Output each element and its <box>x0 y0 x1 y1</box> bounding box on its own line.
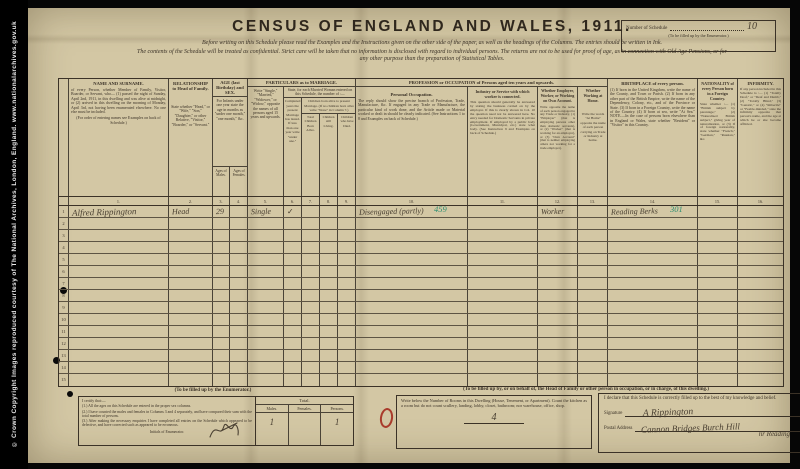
table-cell <box>230 242 248 253</box>
table-cell <box>213 266 230 277</box>
table-cell <box>468 350 538 361</box>
table-row: 3 <box>59 230 783 242</box>
row-number-cell: 10 <box>59 314 69 325</box>
table-cell <box>538 326 578 337</box>
table-cell <box>320 326 338 337</box>
col-body: This question should generally be answer… <box>470 101 535 136</box>
table-cell <box>284 350 302 361</box>
table-cell <box>302 254 320 265</box>
table-cell <box>169 314 213 325</box>
table-cell <box>213 314 230 325</box>
table-cell <box>578 362 608 373</box>
table-row: 10 <box>59 314 783 326</box>
col-header-employment-status: Whether Employer, Worker, or Working on … <box>538 87 578 196</box>
table-cell <box>608 350 698 361</box>
table-cell <box>608 338 698 349</box>
table-cell <box>468 206 538 217</box>
table-cell <box>69 254 169 265</box>
table-row: 14 <box>59 362 783 374</box>
table-cell <box>468 242 538 253</box>
entry-occupation: Disengaged (partly) <box>359 205 424 219</box>
table-cell <box>213 230 230 241</box>
table-cell <box>698 362 738 373</box>
table-cell <box>538 266 578 277</box>
instructions-line-1: Before writing on this Schedule please r… <box>74 40 790 47</box>
cert-item-2: (2.) I have counted the males and female… <box>82 410 252 419</box>
row-number-cell: 13 <box>59 350 69 361</box>
table-cell <box>608 266 698 277</box>
table-cell <box>69 338 169 349</box>
table-cell <box>320 338 338 349</box>
table-cell: Head <box>169 206 213 217</box>
col-note: (For order of entering names see Example… <box>71 116 166 125</box>
table-cell <box>578 350 608 361</box>
table-cell <box>230 230 248 241</box>
col-body: If any person included in this Schedule … <box>740 88 781 127</box>
red-zero-mark <box>379 407 395 429</box>
row-number-cell: 6 <box>59 266 69 277</box>
table-cell <box>69 230 169 241</box>
totals-males-value: 1 <box>256 413 289 445</box>
table-cell <box>338 278 356 289</box>
table-cell <box>356 278 468 289</box>
col-title: AGE (last Birthday) and SEX. <box>213 79 247 97</box>
table-cell <box>698 266 738 277</box>
table-cell <box>738 338 783 349</box>
column-number: 9. <box>338 197 356 205</box>
copyright-strip: © Crown Copyright Images reproduced cour… <box>0 0 28 469</box>
table-cell <box>356 218 468 229</box>
table-cell <box>338 374 356 386</box>
col-body: The reply should show the precise branch… <box>358 99 465 121</box>
table-cell <box>738 374 783 386</box>
entry-marital-status: Single <box>251 206 271 219</box>
children-note: Children born alive to present Marriage.… <box>302 98 356 114</box>
table-cell <box>213 242 230 253</box>
table-cell <box>578 278 608 289</box>
table-cell <box>213 302 230 313</box>
table-cell <box>738 350 783 361</box>
table-cell <box>320 230 338 241</box>
table-body: 1Alfred RippingtonHead29Single✓Disengage… <box>59 206 783 386</box>
table-row: 8 <box>59 290 783 302</box>
column-number: 6. <box>284 197 302 205</box>
table-cell <box>284 230 302 241</box>
table-cell <box>578 290 608 301</box>
table-cell <box>578 254 608 265</box>
row-number-cell: 11 <box>59 326 69 337</box>
enumerator-box: I certify that:— (1.) All the ages on th… <box>78 396 354 446</box>
rooms-value: 4 <box>464 413 524 424</box>
rooms-box: Write below the Number of Rooms in this … <box>396 395 592 449</box>
signature-value: A Rippington <box>643 410 693 417</box>
table-cell <box>169 374 213 386</box>
table-cell <box>698 218 738 229</box>
table-cell <box>284 218 302 229</box>
table-cell <box>698 254 738 265</box>
table-cell <box>468 266 538 277</box>
table-cell <box>213 254 230 265</box>
table-cell <box>69 374 169 386</box>
table-cell <box>320 374 338 386</box>
col-header-age-group: AGE (last Birthday) and SEX. For Infants… <box>213 79 248 196</box>
col-header-nationality: NATIONALITY of every Person born in a Fo… <box>698 79 738 196</box>
row-number-header <box>59 79 69 196</box>
row-number-cell: 7 <box>59 278 69 289</box>
table-cell <box>608 218 698 229</box>
table-cell <box>698 290 738 301</box>
table-cell <box>538 278 578 289</box>
col-title: NATIONALITY of every Person born in a Fo… <box>700 81 735 101</box>
table-cell <box>69 218 169 229</box>
table-cell <box>284 254 302 265</box>
table-cell <box>230 218 248 229</box>
table-cell <box>169 338 213 349</box>
table-cell <box>284 278 302 289</box>
table-cell <box>338 302 356 313</box>
table-cell <box>608 230 698 241</box>
table-cell <box>338 218 356 229</box>
table-cell: Single <box>248 206 284 217</box>
row-number-cell: 9 <box>59 302 69 313</box>
table-cell <box>538 302 578 313</box>
table-cell <box>320 242 338 253</box>
table-cell <box>230 338 248 349</box>
table-cell <box>169 350 213 361</box>
table-cell <box>169 290 213 301</box>
table-cell <box>338 290 356 301</box>
col-body: (1) If born in the United Kingdom, write… <box>610 88 695 128</box>
table-cell <box>608 314 698 325</box>
table-cell <box>356 374 468 386</box>
table-cell <box>69 242 169 253</box>
table-cell <box>284 374 302 386</box>
table-cell <box>230 206 248 217</box>
entry-birthplace: Reading Berks <box>611 205 658 218</box>
table-cell <box>468 290 538 301</box>
table-cell <box>356 266 468 277</box>
address-line: Cannon Bridges Burch Hill <box>635 421 800 432</box>
column-number: 8. <box>320 197 338 205</box>
column-number: 3. <box>213 197 230 205</box>
table-cell: Worker <box>538 206 578 217</box>
declaration-text: I declare that this Schedule is correctl… <box>604 396 800 402</box>
table-cell <box>738 242 783 253</box>
table-cell <box>302 350 320 361</box>
form-header: CENSUS OF ENGLAND AND WALES, 1911. Befor… <box>28 18 790 63</box>
row-number-cell: 1 <box>59 206 69 217</box>
table-cell <box>608 242 698 253</box>
table-row: 2 <box>59 218 783 230</box>
table-cell <box>284 338 302 349</box>
col-body: Write the words "At Home" opposite the n… <box>580 112 606 143</box>
entry-employment-status: Worker <box>541 206 565 219</box>
table-cell <box>213 326 230 337</box>
table-cell <box>230 350 248 361</box>
table-cell <box>69 290 169 301</box>
col-header-name: NAME AND SURNAME. of every Person, wheth… <box>69 79 169 196</box>
table-cell <box>578 218 608 229</box>
table-cell <box>608 362 698 373</box>
row-number-cell: 4 <box>59 242 69 253</box>
table-cell <box>248 290 284 301</box>
signature-row: Signature A Rippington <box>604 406 800 417</box>
table-cell <box>302 302 320 313</box>
table-cell <box>284 314 302 325</box>
rooms-instruction: Write below the Number of Rooms in this … <box>401 399 587 409</box>
table-cell <box>302 266 320 277</box>
table-cell <box>538 314 578 325</box>
table-cell <box>538 350 578 361</box>
table-cell <box>608 254 698 265</box>
entry-age: 29 <box>216 206 224 218</box>
table-cell <box>284 326 302 337</box>
table-cell <box>538 362 578 373</box>
table-cell <box>320 302 338 313</box>
table-cell <box>338 242 356 253</box>
table-cell <box>248 326 284 337</box>
totals-females-label: Females. <box>289 405 322 413</box>
bottom-section: (To be filled up by the Enumerator.) I c… <box>58 388 784 460</box>
table-cell <box>213 362 230 373</box>
table-cell <box>698 326 738 337</box>
table-row: 4 <box>59 242 783 254</box>
table-cell <box>338 350 356 361</box>
address-label: Postal Address <box>604 426 632 432</box>
table-cell <box>248 350 284 361</box>
table-cell <box>578 314 608 325</box>
table-cell <box>468 362 538 373</box>
table-cell <box>538 218 578 229</box>
col-header-age-males: Ages of Males. <box>213 167 230 196</box>
table-cell <box>338 326 356 337</box>
table-cell <box>608 290 698 301</box>
entry-name: Alfred Rippington <box>72 205 137 219</box>
table-cell <box>69 278 169 289</box>
column-number: 2. <box>169 197 213 205</box>
table-cell <box>738 266 783 277</box>
column-number-blank <box>59 197 69 205</box>
table-cell <box>169 242 213 253</box>
col-header-children-born: Total Children Born Alive. <box>302 114 320 196</box>
table-cell: Reading Berks301 <box>608 206 698 217</box>
table-cell <box>169 278 213 289</box>
table-cell <box>356 290 468 301</box>
table-cell <box>302 290 320 301</box>
column-number: 13. <box>578 197 608 205</box>
table-cell <box>169 302 213 313</box>
table-cell <box>248 314 284 325</box>
table-cell <box>738 326 783 337</box>
table-cell <box>698 206 738 217</box>
declaration-box: I declare that this Schedule is correctl… <box>598 393 800 453</box>
table-cell <box>320 206 338 217</box>
table-cell <box>230 374 248 386</box>
table-cell <box>230 326 248 337</box>
table-cell <box>578 242 608 253</box>
col-title: NAME AND SURNAME. <box>71 81 166 86</box>
row-number-cell: 15 <box>59 374 69 386</box>
column-number: 1. <box>69 197 169 205</box>
married-women-note: State, for each Married Woman entered on… <box>284 87 356 98</box>
table-row: 5 <box>59 254 783 266</box>
table-cell <box>468 218 538 229</box>
table-cell <box>338 206 356 217</box>
col-title: PARTICULARS as to MARRIAGE. <box>248 79 355 87</box>
col-header-relationship: RELATIONSHIP to Head of Family. State wh… <box>169 79 213 196</box>
table-cell <box>738 314 783 325</box>
table-cell <box>213 278 230 289</box>
table-cell <box>468 230 538 241</box>
table-cell <box>698 350 738 361</box>
totals-persons-label: Persons. <box>321 405 353 413</box>
table-cell <box>468 314 538 325</box>
table-cell <box>468 302 538 313</box>
row-number-cell: 5 <box>59 254 69 265</box>
table-cell <box>356 242 468 253</box>
table-cell <box>698 314 738 325</box>
table-cell <box>608 326 698 337</box>
col-header-marital: Write "Single," "Married," "Widower," or… <box>248 87 284 196</box>
children-group: Children born alive to present Marriage.… <box>302 98 356 196</box>
table-cell <box>302 218 320 229</box>
col-header-industry: Industry or Service with which worker is… <box>468 87 538 196</box>
table-cell <box>738 206 783 217</box>
table-cell <box>230 314 248 325</box>
col-title: BIRTHPLACE of every person. <box>610 81 695 86</box>
table-cell <box>284 290 302 301</box>
col-title: Industry or Service with which worker is… <box>470 89 535 99</box>
table-cell <box>538 254 578 265</box>
table-row: 13 <box>59 350 783 362</box>
col-header-age-females: Ages of Females. <box>230 167 248 196</box>
table-cell <box>302 326 320 337</box>
col-title: Personal Occupation. <box>358 92 465 97</box>
table-cell <box>738 254 783 265</box>
col-header-children-living: Children still Living. <box>320 114 338 196</box>
table-cell <box>578 374 608 386</box>
table-cell <box>230 254 248 265</box>
table-cell <box>248 266 284 277</box>
table-row: 11 <box>59 326 783 338</box>
table-cell <box>338 266 356 277</box>
table-cell <box>248 338 284 349</box>
cert-item-1: (1.) All the ages on this Schedule are e… <box>82 404 252 408</box>
householder-heading: (To be filled up by, or on behalf of, th… <box>358 387 800 392</box>
table-cell <box>578 266 608 277</box>
col-header-birthplace: BIRTHPLACE of every person. (1) If born … <box>608 79 698 196</box>
cert-intro: I certify that:— <box>82 399 252 403</box>
table-cell <box>213 290 230 301</box>
col-body: State whether "Head," or "Wife," "Son," … <box>171 105 210 127</box>
table-cell <box>338 314 356 325</box>
table-cell <box>230 302 248 313</box>
table-cell <box>356 326 468 337</box>
table-cell <box>302 278 320 289</box>
table-cell <box>248 218 284 229</box>
table-cell <box>169 218 213 229</box>
column-number: 4. <box>230 197 248 205</box>
table-cell <box>302 206 320 217</box>
table-cell <box>698 302 738 313</box>
col-title: Whether Employer, Worker, or Working on … <box>540 89 575 104</box>
totals-females-value <box>289 413 322 445</box>
enumerator-heading: (To be filled up by the Enumerator.) <box>78 388 348 393</box>
table-cell <box>169 254 213 265</box>
table-cell <box>356 302 468 313</box>
table-cell <box>538 374 578 386</box>
table-cell <box>248 302 284 313</box>
col-header-infirmity: INFIRMITY. If any person included in thi… <box>738 79 783 196</box>
table-cell <box>320 350 338 361</box>
column-number: 12. <box>538 197 578 205</box>
col-body: For Infants under one year state the age… <box>213 97 247 166</box>
table-cell <box>608 278 698 289</box>
table-cell <box>698 278 738 289</box>
table-cell <box>169 326 213 337</box>
signature-label: Signature <box>604 411 622 417</box>
table-cell <box>538 290 578 301</box>
totals-persons-value: 1 <box>321 413 353 445</box>
age-sublabels: Ages of Males. Ages of Females. <box>213 166 247 196</box>
table-cell <box>698 230 738 241</box>
table-cell <box>169 266 213 277</box>
table-row: 12 <box>59 338 783 350</box>
form-title: CENSUS OF ENGLAND AND WALES, 1911. <box>74 18 790 36</box>
table-cell <box>320 314 338 325</box>
column-number: 5. <box>248 197 284 205</box>
col-title: Whether Working at Home. <box>580 89 606 104</box>
table-row: 15 <box>59 374 783 386</box>
table-cell: 29 <box>213 206 230 217</box>
table-cell <box>248 230 284 241</box>
table-cell <box>213 350 230 361</box>
table-cell <box>302 362 320 373</box>
table-cell <box>69 314 169 325</box>
table-cell <box>284 362 302 373</box>
table-cell <box>338 230 356 241</box>
col-header-children-died: Children who have Died. <box>338 114 356 196</box>
table-cell <box>538 338 578 349</box>
row-number-cell: 8 <box>59 290 69 301</box>
table-cell <box>338 362 356 373</box>
entry-birthplace-code: 301 <box>670 204 683 214</box>
table-row: 9 <box>59 302 783 314</box>
table-cell <box>213 338 230 349</box>
table-row: 6 <box>59 266 783 278</box>
table-cell <box>302 314 320 325</box>
table-cell <box>284 302 302 313</box>
table-cell <box>69 302 169 313</box>
table-cell <box>169 230 213 241</box>
table-cell <box>320 362 338 373</box>
table-cell <box>248 242 284 253</box>
table-cell <box>320 278 338 289</box>
table-row: 7 <box>59 278 783 290</box>
table-cell <box>538 230 578 241</box>
table-cell <box>248 374 284 386</box>
table-cell <box>468 278 538 289</box>
col-title: INFIRMITY. <box>740 81 781 86</box>
col-header-at-home: Whether Working at Home. Write the words… <box>578 87 608 196</box>
row-number-cell: 14 <box>59 362 69 373</box>
row-number-cell: 2 <box>59 218 69 229</box>
table-cell <box>338 338 356 349</box>
col-body: Write opposite the name of each person e… <box>540 106 575 150</box>
column-number: 16. <box>738 197 783 205</box>
certification-text: I certify that:— (1.) All the ages on th… <box>79 397 255 445</box>
table-cell <box>578 206 608 217</box>
